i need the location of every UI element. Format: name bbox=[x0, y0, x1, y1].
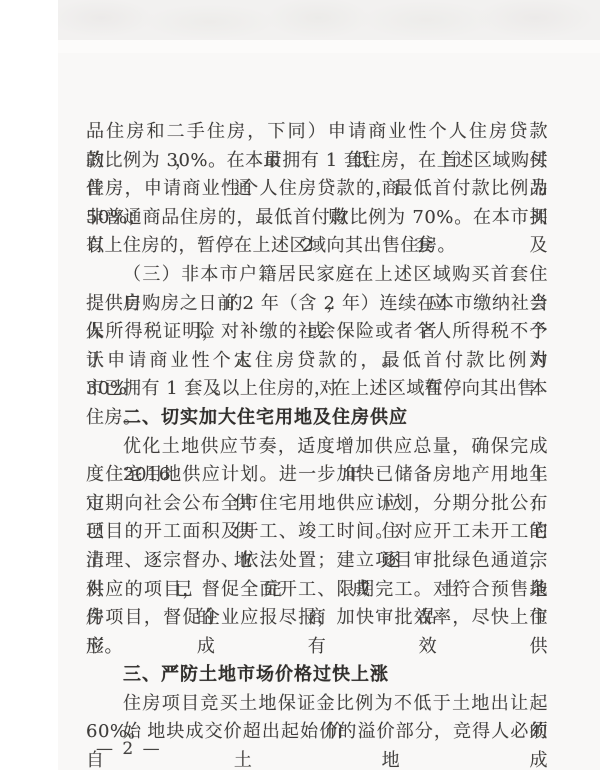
text-line: 住房，申请商业性个人住房贷款的，最低首付款比例为 50%；购买 bbox=[86, 175, 548, 204]
document-page: 品住房和二手住房，下同）申请商业性个人住房贷款的，最低首付 款比例为 30%。在… bbox=[0, 0, 600, 770]
text-line: 供应的项目，督促全面开工、限期完工。对符合预售条件的商品住 bbox=[86, 576, 548, 605]
text-line: 市已拥有 1 套及以上住房的，在上述区域暂停向其出售住房。 bbox=[86, 375, 548, 404]
section-heading-2: 二、切实加大住宅用地及住房供应 bbox=[86, 404, 548, 433]
scanned-paper: 品住房和二手住房，下同）申请商业性个人住房贷款的，最低首付 款比例为 30%。在… bbox=[58, 0, 600, 770]
text-line: 度住宅用地供应计划。进一步加快已储备房地产用地上市供应； bbox=[86, 461, 548, 490]
text-line: 定期向社会公布全市住宅用地供应计划，分期分批公布已供住宅 bbox=[86, 490, 548, 519]
text-line: 提供自购房之日前 2 年（含 2 年）连续在本市缴纳社会保险或者个 bbox=[86, 290, 548, 319]
page-number: — 2 — bbox=[96, 739, 162, 759]
text-line: 住房项目竞买土地保证金比例为不低于土地出让起始价的 bbox=[86, 690, 548, 719]
text-line: （三）非本市户籍居民家庭在上述区域购买首套住房的，应当 bbox=[86, 261, 548, 290]
text-line: 项目的开工面积及开工、竣工时间。对应开工未开工的土地逐宗 bbox=[86, 518, 548, 547]
text-line: 优化土地供应节奏，适度增加供应总量，确保完成 2016 年年 bbox=[86, 433, 548, 462]
text-line: 人所得税证明，对补缴的社会保险或者个人所得税不予认定。对 bbox=[86, 318, 548, 347]
text-line: 非普通商品住房的，最低首付款比例为 70%。在本市拥有 2 套及 bbox=[86, 204, 548, 233]
scan-light-strip bbox=[58, 40, 600, 53]
document-body: 品住房和二手住房，下同）申请商业性个人住房贷款的，最低首付 款比例为 30%。在… bbox=[86, 118, 548, 747]
text-line: 房项目，督促企业应报尽报，加快审批效率，尽快上市形成有效供 bbox=[86, 604, 548, 633]
scan-ghosting-band bbox=[58, 0, 600, 40]
text-line: 品住房和二手住房，下同）申请商业性个人住房贷款的，最低首付 bbox=[86, 118, 548, 147]
text-line: 于申请商业性个人住房贷款的，最低首付款比例为 30%。对在本 bbox=[86, 347, 548, 376]
text-line: 清理、逐宗督办、依法处置；建立项目审批绿色通道，对已完成土地 bbox=[86, 547, 548, 576]
section-heading-3: 三、严防土地市场价格过快上涨 bbox=[86, 661, 548, 690]
text-line: 款比例为 30%。在本市拥有 1 套住房，在上述区域购买普通商品 bbox=[86, 147, 548, 176]
